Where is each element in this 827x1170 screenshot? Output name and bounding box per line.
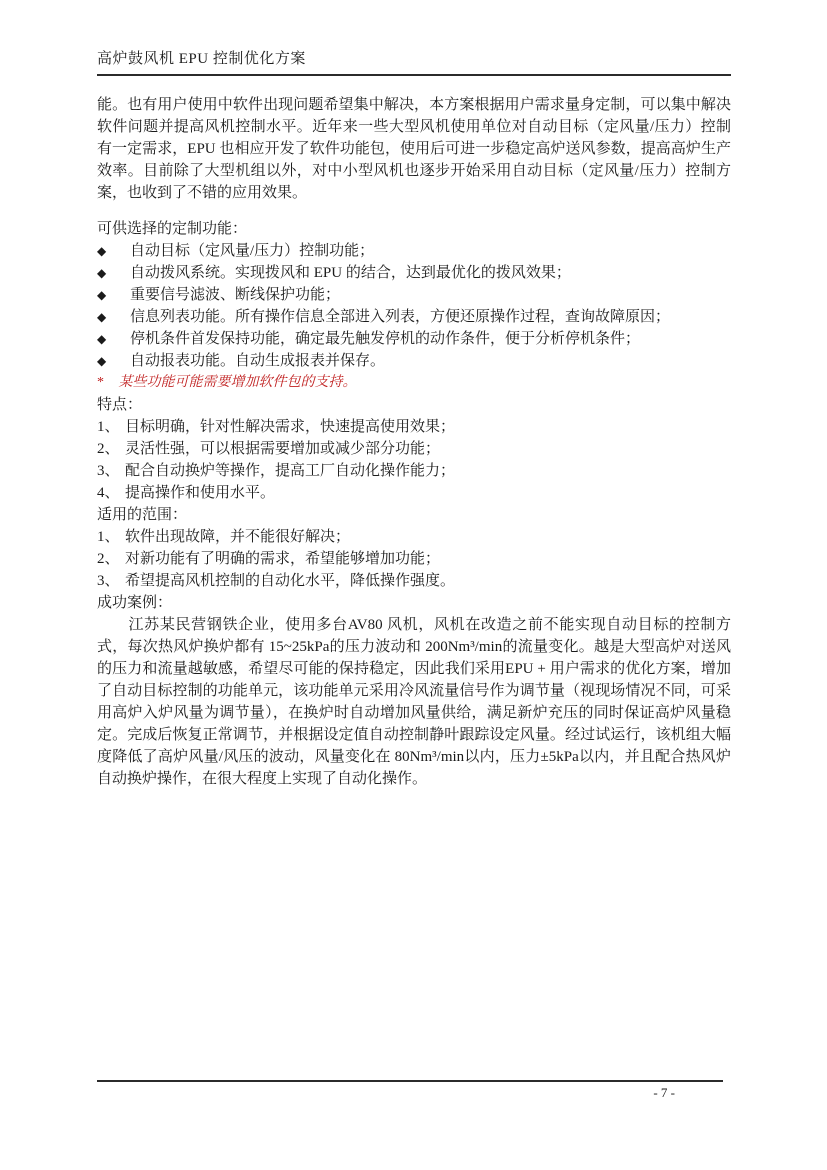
features-heading: 特点： <box>97 394 731 416</box>
bullet-item-text: 信息列表功能。所有操作信息全部进入列表，方便还原操作过程，查询故障原因； <box>130 306 731 328</box>
page-number: - 7 - <box>653 1085 675 1100</box>
list-item-text: 灵活性强，可以根据需要增加或减少部分功能； <box>125 438 731 460</box>
page-footer: - 7 - <box>97 1080 723 1101</box>
list-item: 3、 希望提高风机控制的自动化水平，降低操作强度。 <box>97 570 731 592</box>
bullet-item: ◆ 信息列表功能。所有操作信息全部进入列表，方便还原操作过程，查询故障原因； <box>97 306 731 328</box>
scope-list: 1、 软件出现故障，并不能很好解决； 2、 对新功能有了明确的需求，希望能够增加… <box>97 526 731 592</box>
list-item: 2、 灵活性强，可以根据需要增加或减少部分功能； <box>97 438 731 460</box>
scope-heading: 适用的范围： <box>97 504 731 526</box>
page-header: 高炉鼓风机 EPU 控制优化方案 <box>97 50 731 76</box>
bullet-item-text: 自动目标（定风量/压力）控制功能； <box>130 240 731 262</box>
custom-features-list: ◆ 自动目标（定风量/压力）控制功能； ◆ 自动拨风系统。实现拨风和 EPU 的… <box>97 240 731 372</box>
list-item-text: 软件出现故障，并不能很好解决； <box>125 526 731 548</box>
diamond-bullet-icon: ◆ <box>97 328 130 350</box>
diamond-bullet-icon: ◆ <box>97 240 130 262</box>
bullet-item-text: 重要信号滤波、断线保护功能； <box>130 284 731 306</box>
list-item-number: 2、 <box>97 548 125 570</box>
list-item-number: 1、 <box>97 526 125 548</box>
list-item-text: 希望提高风机控制的自动化水平，降低操作强度。 <box>125 570 731 592</box>
bullet-item: ◆ 重要信号滤波、断线保护功能； <box>97 284 731 306</box>
intro-paragraph: 能。也有用户使用中软件出现问题希望集中解决，本方案根据用户需求量身定制，可以集中… <box>97 94 731 204</box>
list-item: 2、 对新功能有了明确的需求，希望能够增加功能； <box>97 548 731 570</box>
bullet-item-text: 自动拨风系统。实现拨风和 EPU 的结合，达到最优化的拨风效果； <box>130 262 731 284</box>
list-item-number: 3、 <box>97 460 125 482</box>
list-item-number: 2、 <box>97 438 125 460</box>
features-list: 1、 目标明确，针对性解决需求，快速提高使用效果； 2、 灵活性强，可以根据需要… <box>97 416 731 504</box>
list-item-text: 提高操作和使用水平。 <box>125 482 731 504</box>
case-study-paragraph: 江苏某民营钢铁企业，使用多台AV80 风机，风机在改造之前不能实现自动目标的控制… <box>97 614 731 790</box>
page-content: 高炉鼓风机 EPU 控制优化方案 能。也有用户使用中软件出现问题希望集中解决，本… <box>97 0 731 790</box>
diamond-bullet-icon: ◆ <box>97 284 130 306</box>
bullet-item-text: 停机条件首发保持功能，确定最先触发停机的动作条件，便于分析停机条件； <box>130 328 731 350</box>
list-item-number: 1、 <box>97 416 125 438</box>
bullet-item: ◆ 自动拨风系统。实现拨风和 EPU 的结合，达到最优化的拨风效果； <box>97 262 731 284</box>
custom-features-heading: 可供选择的定制功能： <box>97 218 731 240</box>
header-title: 高炉鼓风机 EPU 控制优化方案 <box>97 51 306 67</box>
list-item: 1、 软件出现故障，并不能很好解决； <box>97 526 731 548</box>
software-package-note: * 某些功能可能需要增加软件包的支持。 <box>97 372 731 394</box>
list-item-text: 对新功能有了明确的需求，希望能够增加功能； <box>125 548 731 570</box>
bullet-item: ◆ 停机条件首发保持功能，确定最先触发停机的动作条件，便于分析停机条件； <box>97 328 731 350</box>
bullet-item: ◆ 自动报表功能。自动生成报表并保存。 <box>97 350 731 372</box>
list-item: 3、 配合自动换炉等操作，提高工厂自动化操作能力； <box>97 460 731 482</box>
list-item: 4、 提高操作和使用水平。 <box>97 482 731 504</box>
list-item-text: 目标明确，针对性解决需求，快速提高使用效果； <box>125 416 731 438</box>
list-item-number: 3、 <box>97 570 125 592</box>
diamond-bullet-icon: ◆ <box>97 262 130 284</box>
bullet-item: ◆ 自动目标（定风量/压力）控制功能； <box>97 240 731 262</box>
bullet-item-text: 自动报表功能。自动生成报表并保存。 <box>130 350 731 372</box>
list-item-text: 配合自动换炉等操作，提高工厂自动化操作能力； <box>125 460 731 482</box>
diamond-bullet-icon: ◆ <box>97 350 130 372</box>
case-study-heading: 成功案例： <box>97 592 731 614</box>
diamond-bullet-icon: ◆ <box>97 306 130 328</box>
document-page: 高炉鼓风机 EPU 控制优化方案 能。也有用户使用中软件出现问题希望集中解决，本… <box>0 0 827 1170</box>
asterisk-icon: * <box>97 372 115 394</box>
note-text: 某些功能可能需要增加软件包的支持。 <box>119 375 357 390</box>
list-item-number: 4、 <box>97 482 125 504</box>
list-item: 1、 目标明确，针对性解决需求，快速提高使用效果； <box>97 416 731 438</box>
